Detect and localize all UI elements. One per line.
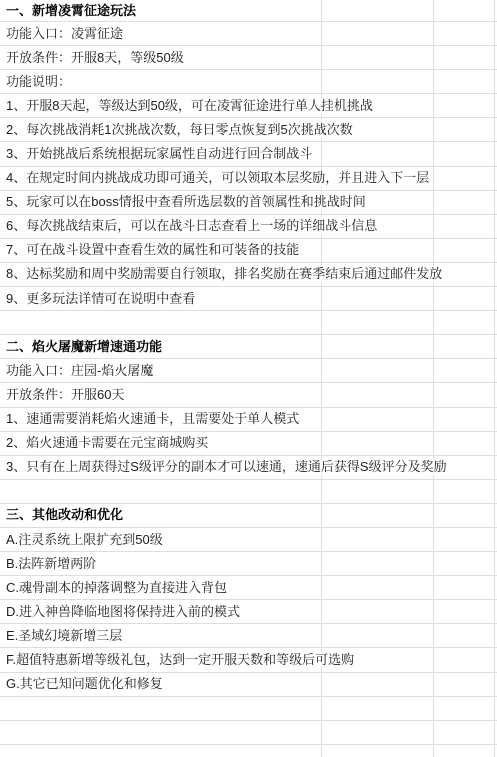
cell-b[interactable]	[322, 624, 434, 648]
cell-text: 1、速通需要消耗焰火速通卡，且需要处于单人模式	[0, 411, 302, 427]
table-row: 8、达标奖励和周中奖励需要自行领取，排名奖励在赛季结束后通过邮件发放	[0, 263, 497, 287]
cell-a[interactable]: 9、更多玩法详情可在说明中查看	[0, 287, 322, 311]
cell-b[interactable]	[322, 673, 434, 697]
table-row: 开放条件：开服60天	[0, 383, 497, 407]
cell-text: 功能入口：凌霄征途	[0, 26, 126, 42]
cell-b[interactable]	[322, 383, 434, 407]
table-row	[0, 480, 497, 504]
cell-text: 1、开服8天起，等级达到50级，可在凌霄征途进行单人挂机挑战	[0, 98, 376, 114]
cell-b[interactable]	[322, 46, 434, 70]
cell-a[interactable]: 开放条件：开服8天，等级50级	[0, 46, 322, 70]
table-row	[0, 721, 497, 745]
cell-b[interactable]	[322, 504, 434, 528]
cell-b[interactable]	[322, 528, 434, 552]
cell-text: 3、开始挑战后系统根据玩家属性自动进行回合制战斗	[0, 146, 315, 162]
cell-text: G.其它已知问题优化和修复	[0, 676, 166, 692]
cell-a[interactable]: 2、焰火速通卡需要在元宝商城购买	[0, 432, 322, 456]
cell-text: A.注灵系统上限扩充到50级	[0, 532, 166, 548]
cell-text: 5、玩家可以在boss情报中查看所选层数的首领属性和挑战时间	[0, 194, 369, 210]
cell-c[interactable]	[434, 70, 495, 94]
table-row	[0, 697, 497, 721]
cell-c[interactable]	[434, 311, 495, 335]
table-row: 一、新增凌霄征途玩法	[0, 0, 497, 22]
cell-a[interactable]: 3、开始挑战后系统根据玩家属性自动进行回合制战斗	[0, 142, 322, 166]
cell-a[interactable]: 7、可在战斗设置中查看生效的属性和可装备的技能	[0, 239, 322, 263]
cell-text: 8、达标奖励和周中奖励需要自行领取，排名奖励在赛季结束后通过邮件发放	[0, 266, 445, 282]
cell-text: 9、更多玩法详情可在说明中查看	[0, 291, 198, 307]
table-row: E.圣域幻境新增三层	[0, 624, 497, 648]
cell-c[interactable]	[434, 359, 495, 383]
cell-b[interactable]	[322, 745, 434, 757]
cell-b[interactable]	[322, 239, 434, 263]
cell-c[interactable]	[434, 408, 495, 432]
cell-c[interactable]	[434, 721, 495, 745]
table-row: 2、每次挑战消耗1次挑战次数，每日零点恢复到5次挑战次数	[0, 118, 497, 142]
cell-text: 功能入口：庄园-焰火屠魔	[0, 363, 156, 379]
cell-text: 4、在规定时间内挑战成功即可通关，可以领取本层奖励，并且进入下一层	[0, 170, 432, 186]
table-row: 二、焰火屠魔新增速通功能	[0, 335, 497, 359]
cell-b[interactable]	[322, 0, 434, 22]
cell-text: 三、其他改动和优化	[0, 507, 126, 523]
cell-text: 6、每次挑战结束后，可以在战斗日志查看上一场的详细战斗信息	[0, 218, 380, 234]
cell-c[interactable]	[434, 576, 495, 600]
cell-c[interactable]	[434, 383, 495, 407]
cell-a[interactable]: E.圣域幻境新增三层	[0, 624, 322, 648]
cell-a[interactable]: 1、速通需要消耗焰火速通卡，且需要处于单人模式	[0, 408, 322, 432]
cell-c[interactable]	[434, 480, 495, 504]
table-row: 2、焰火速通卡需要在元宝商城购买	[0, 432, 497, 456]
table-row: 开放条件：开服8天，等级50级	[0, 46, 497, 70]
cell-text: 开放条件：开服60天	[0, 387, 127, 403]
cell-b[interactable]	[322, 697, 434, 721]
table-row: 3、开始挑战后系统根据玩家属性自动进行回合制战斗	[0, 142, 497, 166]
cell-b[interactable]	[322, 287, 434, 311]
cell-b[interactable]	[322, 142, 434, 166]
cell-b[interactable]	[322, 576, 434, 600]
cell-c[interactable]	[434, 745, 495, 757]
cell-a[interactable]: 4、在规定时间内挑战成功即可通关，可以领取本层奖励，并且进入下一层	[0, 167, 322, 191]
table-row	[0, 745, 497, 757]
cell-a[interactable]: F.超值特惠新增等级礼包，达到一定开服天数和等级后可选购	[0, 648, 322, 672]
cell-b[interactable]	[322, 432, 434, 456]
cell-c[interactable]	[434, 335, 495, 359]
cell-c[interactable]	[434, 22, 495, 46]
cell-a[interactable]: 二、焰火屠魔新增速通功能	[0, 335, 322, 359]
table-row	[0, 311, 497, 335]
cell-a[interactable]	[0, 697, 322, 721]
cell-a[interactable]: 2、每次挑战消耗1次挑战次数，每日零点恢复到5次挑战次数	[0, 118, 322, 142]
table-row: A.注灵系统上限扩充到50级	[0, 528, 497, 552]
cell-a[interactable]: 功能入口：凌霄征途	[0, 22, 322, 46]
cell-b[interactable]	[322, 552, 434, 576]
table-row: 3、只有在上周获得过S级评分的副本才可以速通，速通后获得S级评分及奖励	[0, 456, 497, 480]
cell-text: C.魂骨副本的掉落调整为直接进入背包	[0, 580, 230, 596]
cell-b[interactable]	[322, 70, 434, 94]
cell-c[interactable]	[434, 673, 495, 697]
cell-a[interactable]: C.魂骨副本的掉落调整为直接进入背包	[0, 576, 322, 600]
table-row: 1、开服8天起，等级达到50级，可在凌霄征途进行单人挂机挑战	[0, 94, 497, 118]
cell-a[interactable]: 8、达标奖励和周中奖励需要自行领取，排名奖励在赛季结束后通过邮件发放	[0, 263, 322, 287]
cell-c[interactable]	[434, 46, 495, 70]
cell-c[interactable]	[434, 600, 495, 624]
cell-c[interactable]	[434, 287, 495, 311]
cell-c[interactable]	[434, 191, 495, 215]
cell-text: B.法阵新增两阶	[0, 556, 99, 572]
table-row: 功能入口：凌霄征途	[0, 22, 497, 46]
cell-a[interactable]	[0, 311, 322, 335]
cell-text: 7、可在战斗设置中查看生效的属性和可装备的技能	[0, 242, 302, 258]
cell-c[interactable]	[434, 624, 495, 648]
cell-a[interactable]: 5、玩家可以在boss情报中查看所选层数的首领属性和挑战时间	[0, 191, 322, 215]
cell-text: D.进入神兽降临地图将保持进入前的模式	[0, 604, 243, 620]
cell-text: E.圣域幻境新增三层	[0, 628, 125, 644]
cell-c[interactable]	[434, 215, 495, 239]
cell-a[interactable]: A.注灵系统上限扩充到50级	[0, 528, 322, 552]
cell-b[interactable]	[322, 721, 434, 745]
cell-text: 一、新增凌霄征途玩法	[0, 3, 139, 19]
cell-text: 2、焰火速通卡需要在元宝商城购买	[0, 435, 211, 451]
cell-a[interactable]: 1、开服8天起，等级达到50级，可在凌霄征途进行单人挂机挑战	[0, 94, 322, 118]
cell-text: 3、只有在上周获得过S级评分的副本才可以速通，速通后获得S级评分及奖励	[0, 459, 450, 475]
cell-a[interactable]: 开放条件：开服60天	[0, 383, 322, 407]
cell-text: 开放条件：开服8天，等级50级	[0, 50, 187, 66]
cell-text: F.超值特惠新增等级礼包，达到一定开服天数和等级后可选购	[0, 652, 357, 668]
table-row: F.超值特惠新增等级礼包，达到一定开服天数和等级后可选购	[0, 648, 497, 672]
table-row: 功能入口：庄园-焰火屠魔	[0, 359, 497, 383]
table-row: 6、每次挑战结束后，可以在战斗日志查看上一场的详细战斗信息	[0, 215, 497, 239]
cell-a[interactable]: 6、每次挑战结束后，可以在战斗日志查看上一场的详细战斗信息	[0, 215, 322, 239]
table-row: 功能说明：	[0, 70, 497, 94]
cell-a[interactable]	[0, 480, 322, 504]
cell-a[interactable]: 功能入口：庄园-焰火屠魔	[0, 359, 322, 383]
table-row: 三、其他改动和优化	[0, 504, 497, 528]
cell-a[interactable]: G.其它已知问题优化和修复	[0, 673, 322, 697]
cell-a[interactable]: 一、新增凌霄征途玩法	[0, 0, 322, 22]
cell-text: 2、每次挑战消耗1次挑战次数，每日零点恢复到5次挑战次数	[0, 122, 356, 138]
table-row: 7、可在战斗设置中查看生效的属性和可装备的技能	[0, 239, 497, 263]
table-row: C.魂骨副本的掉落调整为直接进入背包	[0, 576, 497, 600]
cell-b[interactable]	[322, 600, 434, 624]
cell-b[interactable]	[322, 335, 434, 359]
cell-b[interactable]	[322, 480, 434, 504]
cell-a[interactable]	[0, 721, 322, 745]
cell-a[interactable]: 3、只有在上周获得过S级评分的副本才可以速通，速通后获得S级评分及奖励	[0, 456, 322, 480]
spreadsheet: 一、新增凌霄征途玩法 功能入口：凌霄征途 开放条件：开服8天，等级50级 功能说…	[0, 0, 497, 757]
cell-b[interactable]	[322, 408, 434, 432]
table-row: B.法阵新增两阶	[0, 552, 497, 576]
cell-a[interactable]: 功能说明：	[0, 70, 322, 94]
cell-c[interactable]	[434, 118, 495, 142]
cell-c[interactable]	[434, 432, 495, 456]
cell-c[interactable]	[434, 239, 495, 263]
cell-c[interactable]	[434, 0, 495, 22]
cell-c[interactable]	[434, 552, 495, 576]
cell-text: 二、焰火屠魔新增速通功能	[0, 339, 165, 355]
table-row: D.进入神兽降临地图将保持进入前的模式	[0, 600, 497, 624]
table-row: 4、在规定时间内挑战成功即可通关，可以领取本层奖励，并且进入下一层	[0, 167, 497, 191]
cell-c[interactable]	[434, 94, 495, 118]
cell-c[interactable]	[434, 648, 495, 672]
cell-text: 功能说明：	[0, 74, 74, 90]
cell-c[interactable]	[434, 697, 495, 721]
sheet-body: 一、新增凌霄征途玩法 功能入口：凌霄征途 开放条件：开服8天，等级50级 功能说…	[0, 0, 497, 757]
cell-a[interactable]: B.法阵新增两阶	[0, 552, 322, 576]
table-row: 5、玩家可以在boss情报中查看所选层数的首领属性和挑战时间	[0, 191, 497, 215]
cell-b[interactable]	[322, 359, 434, 383]
cell-a[interactable]: 三、其他改动和优化	[0, 504, 322, 528]
cell-a[interactable]	[0, 745, 322, 757]
cell-a[interactable]: D.进入神兽降临地图将保持进入前的模式	[0, 600, 322, 624]
table-row: G.其它已知问题优化和修复	[0, 673, 497, 697]
cell-c[interactable]	[434, 142, 495, 166]
table-row: 1、速通需要消耗焰火速通卡，且需要处于单人模式	[0, 408, 497, 432]
cell-b[interactable]	[322, 22, 434, 46]
cell-c[interactable]	[434, 528, 495, 552]
cell-b[interactable]	[322, 311, 434, 335]
table-row: 9、更多玩法详情可在说明中查看	[0, 287, 497, 311]
cell-c[interactable]	[434, 167, 495, 191]
cell-c[interactable]	[434, 504, 495, 528]
